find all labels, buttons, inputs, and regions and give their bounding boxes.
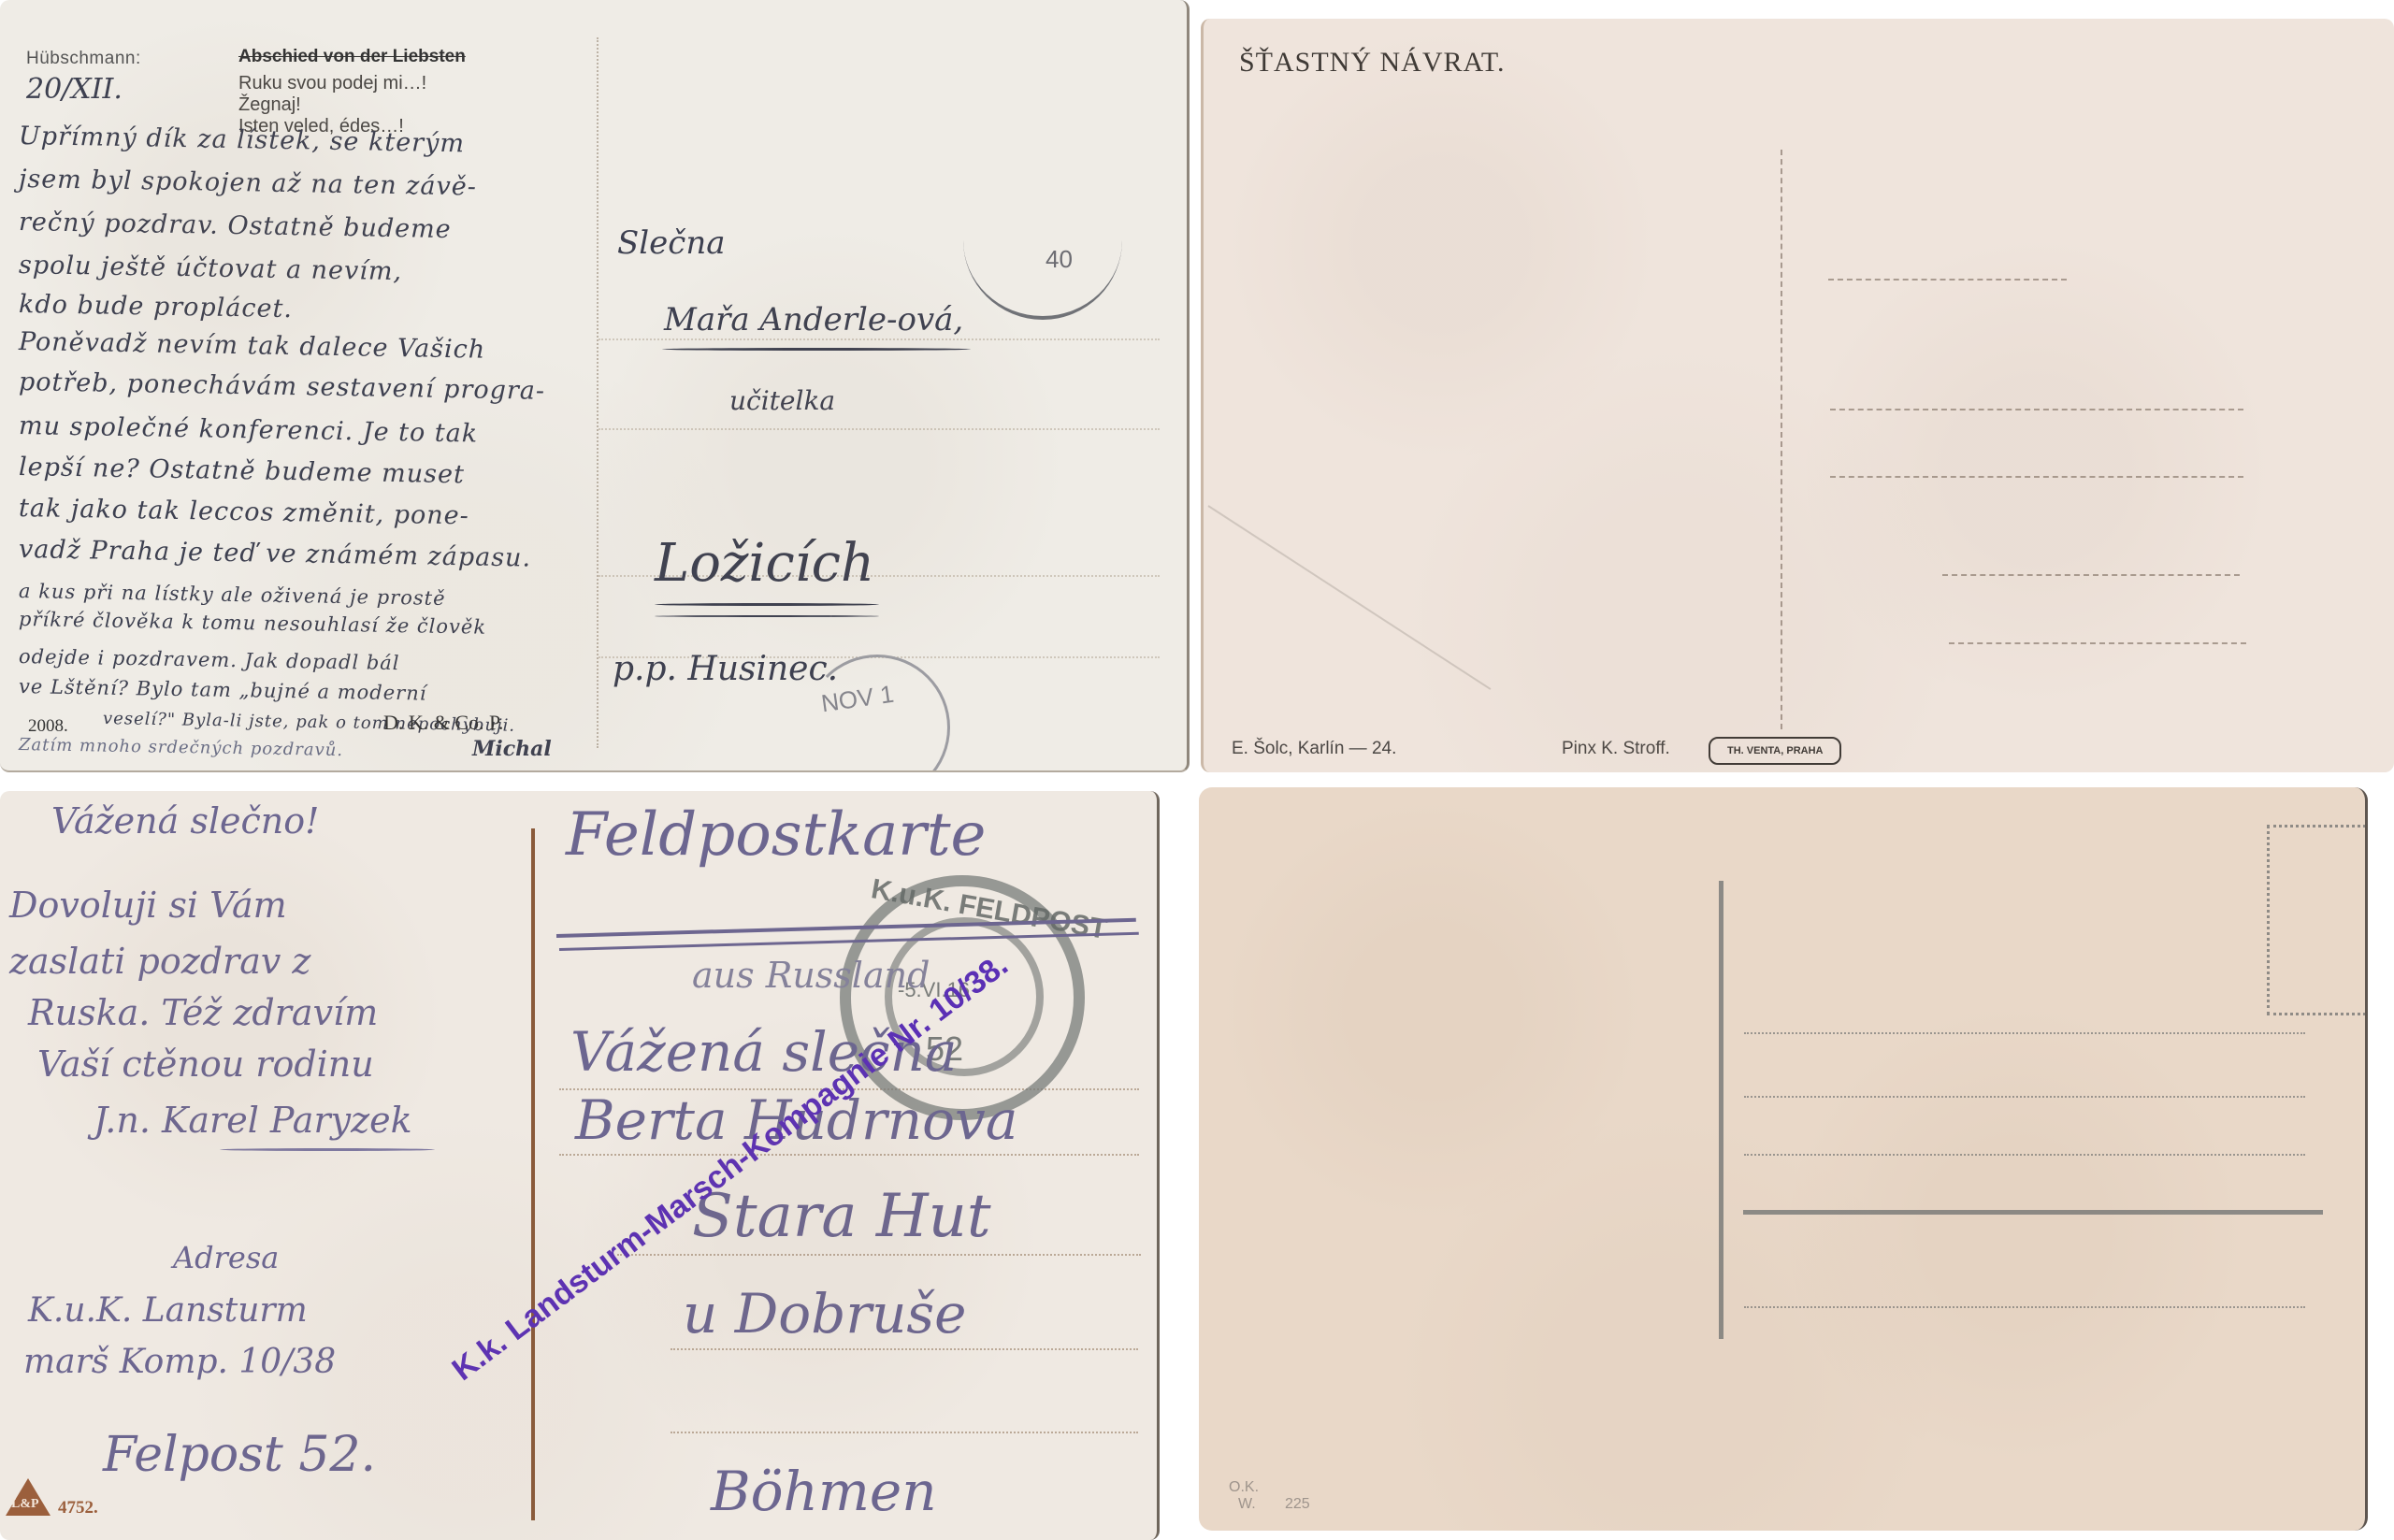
address-line: [1744, 1306, 2305, 1308]
underline: [662, 348, 971, 351]
postmark: [963, 232, 1122, 320]
address-line: [1942, 574, 2240, 576]
handwritten-date: 20/XII.: [26, 73, 123, 106]
message-line: Zatím mnoho srdečných pozdravů.: [19, 735, 343, 760]
publisher-logo-text: L&P: [11, 1497, 39, 1512]
address-line-solid: [1743, 1210, 2323, 1215]
address-line: [1744, 1032, 2305, 1034]
publisher-credit: E. Šolc, Karlín — 24.: [1232, 739, 1396, 759]
address-region: u Dobruše: [683, 1282, 967, 1346]
message-line: Vážená slečno!: [51, 800, 319, 842]
print-number: 4752.: [58, 1498, 98, 1518]
signature: Michal: [472, 737, 552, 761]
struck-verse-title: Abschied von der Liebsten: [238, 47, 466, 67]
postcard-blank-stamp-box: O.K. W. 225: [1199, 787, 2368, 1531]
print-number: 2008.: [28, 716, 68, 737]
postcard-blank-stastny-navrat: ŠŤASTNÝ NÁVRAT. E. Šolc, Karlín — 24. Pi…: [1201, 19, 2394, 772]
message-line: jsem byl spokojen až na ten závě-: [19, 165, 477, 202]
underline: [655, 603, 879, 606]
underline: [655, 615, 879, 617]
message-line: potřeb, ponechávám sestavení progra-: [19, 367, 546, 406]
message-line: Poněvadž nevím tak dalece Vašich: [19, 327, 486, 365]
card-title: ŠŤASTNÝ NÁVRAT.: [1239, 47, 1505, 79]
address-town: Ložicích: [655, 533, 874, 594]
message-line: tak jako tak leccos změnit, pone-: [19, 494, 469, 530]
crease: [1207, 505, 1491, 690]
imprint-text: O.K.: [1229, 1479, 1259, 1496]
return-address-line: Adresa: [173, 1240, 279, 1275]
address-service: aus Russland: [692, 955, 930, 996]
divider-line: [531, 828, 535, 1520]
return-address-line: K.u.K. Lansturm: [28, 1291, 308, 1330]
address-line: [671, 1432, 1138, 1433]
message-line: zaslati pozdrav z: [9, 941, 310, 982]
address-line: [671, 1348, 1138, 1350]
message-line: ve Lštění? Bylo tam „bujné a moderní: [19, 675, 427, 705]
publisher-imprint: D. K. & Co. P.: [383, 711, 503, 735]
postcard-feldpost: Vážená slečno! Dovoluji si Vám zaslati p…: [0, 791, 1160, 1540]
divider-line: [1719, 881, 1723, 1339]
message-line: Dovoluji si Vám: [9, 885, 287, 926]
message-line: spolu ještě účtovat a nevím,: [19, 251, 403, 286]
verse-line: Ruku svou podej mi…!: [238, 73, 426, 94]
imprint-text: W.: [1238, 1496, 1256, 1513]
maker-mark: TH. VENTA, PRAHA: [1709, 737, 1841, 765]
postmark-text: 40: [1046, 245, 1073, 274]
address-line: [1830, 476, 2243, 478]
address-title: učitelka: [729, 385, 835, 416]
address-line: [598, 338, 1160, 340]
address-line: [1744, 1154, 2305, 1156]
message-line: vadž Praha je teď ve známém zápasu.: [19, 535, 532, 573]
message-line: rečný pozdrav. Ostatně budeme: [19, 208, 452, 244]
address-line: [1828, 279, 2067, 281]
address-header: Feldpostkarte: [566, 800, 986, 870]
imprint-number: 225: [1285, 1496, 1310, 1513]
address-line: [1830, 409, 2243, 410]
message-line: odejde i pozdravem. Jak dopadl bál: [19, 645, 400, 674]
signature: J.n. Karel Paryzek: [94, 1100, 412, 1141]
message-line: mu společné konferenci. Je to tak: [19, 411, 479, 449]
divider-line: [1781, 150, 1782, 729]
address-salutation: Slečna: [617, 224, 726, 262]
message-line: lepší ne? Ostatně budeme muset: [19, 453, 465, 489]
return-address-line: marš Komp. 10/38: [23, 1343, 336, 1381]
verse-line: Žegnaj!: [238, 94, 301, 116]
address-post: p.p. Husinec.: [613, 650, 838, 688]
message-line: kdo bude proplácet.: [19, 290, 293, 324]
postcard-handwritten-letter: Hübschmann: Abschied von der Liebsten Ru…: [0, 0, 1190, 772]
address-line: [1744, 1096, 2305, 1098]
address-line: [559, 1154, 1139, 1156]
publisher-label: Hübschmann:: [26, 49, 141, 69]
underline: [220, 1148, 435, 1151]
return-address-line: Felpost 52.: [103, 1427, 376, 1483]
address-line: [1949, 642, 2246, 644]
address-name: Mařa Anderle-ová,: [664, 301, 963, 338]
message-line: a kus při na lístky ale oživená je prost…: [19, 580, 446, 610]
divider-line: [597, 37, 598, 748]
artist-credit: Pinx K. Stroff.: [1562, 739, 1670, 759]
message-line: Vaší ctěnou rodinu: [37, 1043, 374, 1085]
address-line: [617, 1254, 1141, 1256]
address-country: Böhmen: [711, 1460, 937, 1523]
message-line: Ruska. Též zdravím: [28, 992, 378, 1033]
stamp-box: [2267, 825, 2368, 1015]
message-line: příkré člověka k tomu nesouhlasí že člov…: [19, 608, 486, 639]
address-line: [598, 428, 1160, 430]
address-town: Stara Hut: [692, 1182, 991, 1251]
